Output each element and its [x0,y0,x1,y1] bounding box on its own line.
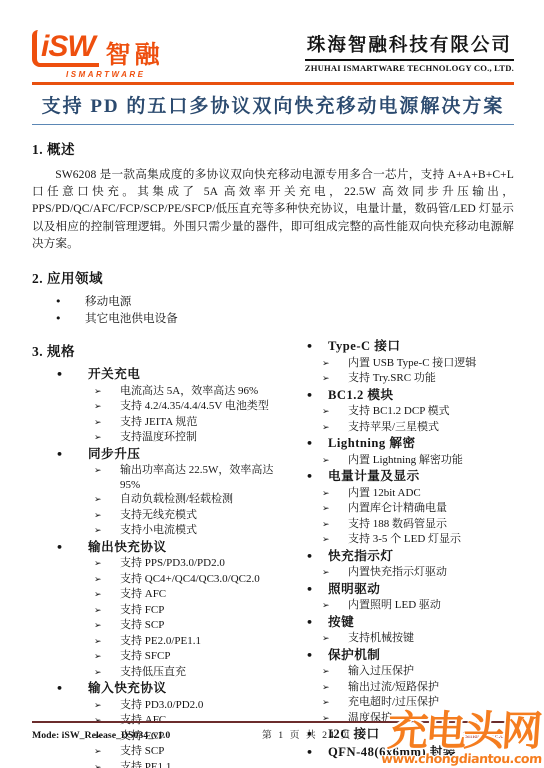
applications-list: •移动电源•其它电池供电设备 [32,294,514,327]
arrow-bullet-icon: ➢ [322,487,348,502]
spec-group: •输出快充协议➢支持 PPS/PD3.0/PD2.0➢支持 QC4+/QC4/Q… [32,539,282,681]
spec-item: ➢支持 JEITA 规范 [32,415,282,431]
spec-item: ➢支持 AFC [32,587,282,603]
spec-category: •快充指示灯 [294,548,514,566]
bullet-icon: • [306,436,328,453]
arrow-bullet-icon: ➢ [322,665,348,680]
application-item: •移动电源 [32,294,514,311]
spec-item: ➢支持 Try.SRC 功能 [294,371,514,387]
spec-category-label: Type-C 接口 [328,338,400,355]
arrow-bullet-icon: ➢ [322,599,348,614]
arrow-bullet-icon: ➢ [94,573,120,588]
spec-item: ➢支持 PPS/PD3.0/PD2.0 [32,556,282,572]
arrow-bullet-icon: ➢ [94,557,120,572]
document-title: 支持 PD 的五口多协议双向快充移动电源解决方案 [32,85,514,124]
spec-item: ➢内置 Lightning 解密功能 [294,453,514,469]
spec-category: •同步升压 [32,446,282,464]
arrow-bullet-icon: ➢ [322,421,348,436]
spec-item-label: 支持 4.2/4.35/4.4/4.5V 电池类型 [120,399,269,414]
watermark-url: www.chongdiantou.com [380,752,543,766]
spec-item-label: 支持无线充模式 [120,508,197,523]
watermark-logo-text: 充电头网 [381,710,544,752]
arrow-bullet-icon: ➢ [94,464,120,479]
datasheet-page: iSW 智融 ISMARTWARE 珠海智融科技有限公司 ZHUHAI ISMA… [0,0,544,768]
spec-item-label: 支持 QC4+/QC4/QC3.0/QC2.0 [120,572,260,587]
spec-category-label: 同步升压 [88,446,140,463]
footer-page-number: 第 1 页 共 24 页 [262,727,352,741]
spec-category: •BC1.2 模块 [294,387,514,405]
bullet-icon: • [56,367,88,384]
specs-left-column: 3. 规格 •开关充电➢电流高达 5A，效率高达 96%➢支持 4.2/4.35… [32,340,282,768]
arrow-bullet-icon: ➢ [94,745,120,760]
spec-item-label: 内置 Lightning 解密功能 [348,453,463,468]
spec-item-label: 支持苹果/三星模式 [348,420,439,435]
arrow-bullet-icon: ➢ [94,509,120,524]
spec-item: ➢支持 PE1.1 [32,760,282,768]
spec-category-label: Lightning 解密 [328,435,416,452]
arrow-bullet-icon: ➢ [94,619,120,634]
spec-item-label: 支持 JEITA 规范 [120,415,197,430]
spec-item: ➢内置 USB Type-C 接口逻辑 [294,356,514,372]
spec-item-label: 支持 Try.SRC 功能 [348,371,436,386]
arrow-bullet-icon: ➢ [94,385,120,400]
spec-item: ➢支持 3-5 个 LED 灯显示 [294,532,514,548]
spec-item-label: 内置 12bit ADC [348,486,421,501]
arrow-bullet-icon: ➢ [322,357,348,372]
arrow-bullet-icon: ➢ [94,524,120,539]
overview-paragraph: SW6208 是一款高集成度的多协议双向快充移动电源专用多合一芯片，支持 A+A… [32,166,514,252]
spec-category-label: 输出快充协议 [88,539,167,556]
arrow-bullet-icon: ➢ [322,518,348,533]
bullet-icon: • [56,447,88,464]
bullet-icon: • [306,745,328,762]
arrow-bullet-icon: ➢ [322,502,348,517]
spec-item: ➢输出过流/短路保护 [294,680,514,696]
isw-logo-subtitle: ISMARTWARE [66,70,164,79]
spec-item-label: 输出功率高达 22.5W，效率高达 95% [120,463,282,492]
spec-item: ➢支持 FCP [32,603,282,619]
specs-right-groups: •Type-C 接口➢内置 USB Type-C 接口逻辑➢支持 Try.SRC… [294,338,514,761]
spec-item-label: 支持机械按键 [348,631,414,646]
spec-item: ➢内置照明 LED 驱动 [294,598,514,614]
spec-item: ➢支持 PD3.0/PD2.0 [32,698,282,714]
specs-right-column: •Type-C 接口➢内置 USB Type-C 接口逻辑➢支持 Try.SRC… [282,338,514,768]
arrow-bullet-icon: ➢ [94,493,120,508]
spec-category-label: 快充指示灯 [328,548,393,565]
company-block: 珠海智融科技有限公司 ZHUHAI ISMARTWARE TECHNOLOGY … [305,26,514,73]
arrow-bullet-icon: ➢ [322,566,348,581]
bullet-icon: • [55,311,85,328]
spec-category-label: 按键 [328,614,354,631]
spec-item-label: 内置照明 LED 驱动 [348,598,441,613]
spec-item: ➢支持无线充模式 [32,508,282,524]
isw-logo: iSW 智融 ISMARTWARE [32,26,164,79]
spec-category-label: 照明驱动 [328,581,380,598]
spec-item: ➢支持 4.2/4.35/4.4/4.5V 电池类型 [32,399,282,415]
spec-item-label: 支持小电流模式 [120,523,197,538]
spec-category: •输出快充协议 [32,539,282,557]
spec-group: •BC1.2 模块➢支持 BC1.2 DCP 模式➢支持苹果/三星模式 [294,387,514,436]
bullet-icon: • [306,388,328,405]
arrow-bullet-icon: ➢ [322,632,348,647]
spec-category: •开关充电 [32,366,282,384]
spec-item-label: 内置库仑计精确电量 [348,501,447,516]
spec-group: •开关充电➢电流高达 5A，效率高达 96%➢支持 4.2/4.35/4.4/4… [32,366,282,446]
spec-item: ➢内置 12bit ADC [294,486,514,502]
arrow-bullet-icon: ➢ [94,650,120,665]
spec-item: ➢支持机械按键 [294,631,514,647]
spec-item: ➢支持 188 数码管显示 [294,517,514,533]
specs-section: 3. 规格 •开关充电➢电流高达 5A，效率高达 96%➢支持 4.2/4.35… [32,340,514,768]
spec-category: •Type-C 接口 [294,338,514,356]
spec-item: ➢支持苹果/三星模式 [294,420,514,436]
spec-item-label: 支持 PPS/PD3.0/PD2.0 [120,556,225,571]
spec-category: •电量计量及显示 [294,468,514,486]
company-name-cn: 珠海智融科技有限公司 [305,31,514,61]
spec-item-label: 支持温度环控制 [120,430,197,445]
spec-item-label: 支持 FCP [120,603,164,618]
spec-item: ➢自动负载检测/轻载检测 [32,492,282,508]
spec-category: •保护机制 [294,647,514,665]
arrow-bullet-icon: ➢ [94,635,120,650]
arrow-bullet-icon: ➢ [94,666,120,681]
spec-item-label: 支持 PE2.0/PE1.1 [120,634,201,649]
footer-document-id: Mode: iSW_Release_DS034_v1.0 [32,730,170,741]
spec-item: ➢支持温度环控制 [32,430,282,446]
bullet-icon: • [306,549,328,566]
spec-item-label: 支持 AFC [120,587,166,602]
spec-item: ➢支持 SCP [32,618,282,634]
arrow-bullet-icon: ➢ [322,696,348,711]
spec-item-label: 支持 SCP [120,744,164,759]
arrow-bullet-icon: ➢ [94,761,120,768]
spec-group: •Type-C 接口➢内置 USB Type-C 接口逻辑➢支持 Try.SRC… [294,338,514,387]
spec-item-label: 内置 USB Type-C 接口逻辑 [348,356,476,371]
spec-item-label: 支持 3-5 个 LED 灯显示 [348,532,461,547]
spec-category-label: 保护机制 [328,647,380,664]
application-item: •其它电池供电设备 [32,311,514,328]
arrow-bullet-icon: ➢ [94,604,120,619]
section-heading-applications: 2. 应用领域 [32,267,514,287]
specs-left-groups: •开关充电➢电流高达 5A，效率高达 96%➢支持 4.2/4.35/4.4/4… [32,366,282,768]
spec-item: ➢支持低压直充 [32,665,282,681]
spec-group: •同步升压➢输出功率高达 22.5W，效率高达 95%➢自动负载检测/轻载检测➢… [32,446,282,539]
spec-item-label: 电流高达 5A，效率高达 96% [120,384,258,399]
spec-item: ➢支持 SCP [32,744,282,760]
arrow-bullet-icon: ➢ [94,400,120,415]
spec-item: ➢输出功率高达 22.5W，效率高达 95% [32,463,282,492]
spec-item: ➢内置快充指示灯驱动 [294,565,514,581]
bullet-icon: • [56,540,88,557]
bullet-icon: • [306,582,328,599]
bullet-icon: • [306,469,328,486]
spec-group: •按键➢支持机械按键 [294,614,514,647]
spec-item: ➢支持小电流模式 [32,523,282,539]
arrow-bullet-icon: ➢ [94,416,120,431]
spec-item: ➢支持 PE2.0/PE1.1 [32,634,282,650]
spec-category-label: 输入快充协议 [88,680,167,697]
spec-category: •按键 [294,614,514,632]
spec-category-label: 电量计量及显示 [328,468,420,485]
spec-item-label: 支持 PD3.0/PD2.0 [120,698,203,713]
spec-category-label: BC1.2 模块 [328,387,394,404]
spec-item: ➢内置库仑计精确电量 [294,501,514,517]
spec-item: ➢输入过压保护 [294,664,514,680]
isw-logo-chinese: 智融 [106,42,164,67]
section-heading-overview: 1. 概述 [32,138,514,158]
arrow-bullet-icon: ➢ [94,699,120,714]
arrow-bullet-icon: ➢ [322,372,348,387]
arrow-bullet-icon: ➢ [322,681,348,696]
spec-item-label: 自动负载检测/轻载检测 [120,492,233,507]
spec-item-label: 支持 BC1.2 DCP 模式 [348,404,450,419]
arrow-bullet-icon: ➢ [322,533,348,548]
bullet-icon: • [56,681,88,698]
application-label: 移动电源 [85,294,131,311]
spec-category: •输入快充协议 [32,680,282,698]
chongdiantou-watermark: 充电头网 www.chongdiantou.com [380,710,544,766]
bullet-icon: • [306,648,328,665]
spec-item: ➢支持 QC4+/QC4/QC3.0/QC2.0 [32,572,282,588]
spec-item: ➢支持 BC1.2 DCP 模式 [294,404,514,420]
arrow-bullet-icon: ➢ [322,454,348,469]
spec-item-label: 支持 PE1.1 [120,760,171,768]
spec-item: ➢电流高达 5A，效率高达 96% [32,384,282,400]
title-divider [32,124,514,125]
bullet-icon: • [306,339,328,356]
arrow-bullet-icon: ➢ [322,405,348,420]
isw-logo-text: iSW [32,30,99,67]
spec-category: •照明驱动 [294,581,514,599]
page-header: iSW 智融 ISMARTWARE 珠海智融科技有限公司 ZHUHAI ISMA… [32,26,514,79]
company-name-en: ZHUHAI ISMARTWARE TECHNOLOGY CO., LTD. [305,63,514,73]
spec-item-label: 支持 SCP [120,618,164,633]
spec-item-label: 输出过流/短路保护 [348,680,439,695]
application-label: 其它电池供电设备 [85,311,178,328]
spec-category-label: 开关充电 [88,366,140,383]
spec-group: •快充指示灯➢内置快充指示灯驱动 [294,548,514,581]
spec-item: ➢支持 SFCP [32,649,282,665]
spec-category: •Lightning 解密 [294,435,514,453]
spec-item-label: 支持 SFCP [120,649,170,664]
spec-item-label: 支持低压直充 [120,665,186,680]
spec-item-label: 内置快充指示灯驱动 [348,565,447,580]
bullet-icon: • [306,615,328,632]
section-heading-specs: 3. 规格 [32,340,282,360]
spec-item-label: 支持 188 数码管显示 [348,517,447,532]
arrow-bullet-icon: ➢ [94,588,120,603]
bullet-icon: • [55,294,85,311]
spec-group: •Lightning 解密➢内置 Lightning 解密功能 [294,435,514,468]
spec-item-label: 输入过压保护 [348,664,414,679]
arrow-bullet-icon: ➢ [94,431,120,446]
spec-group: •电量计量及显示➢内置 12bit ADC➢内置库仑计精确电量➢支持 188 数… [294,468,514,548]
spec-group: •照明驱动➢内置照明 LED 驱动 [294,581,514,614]
